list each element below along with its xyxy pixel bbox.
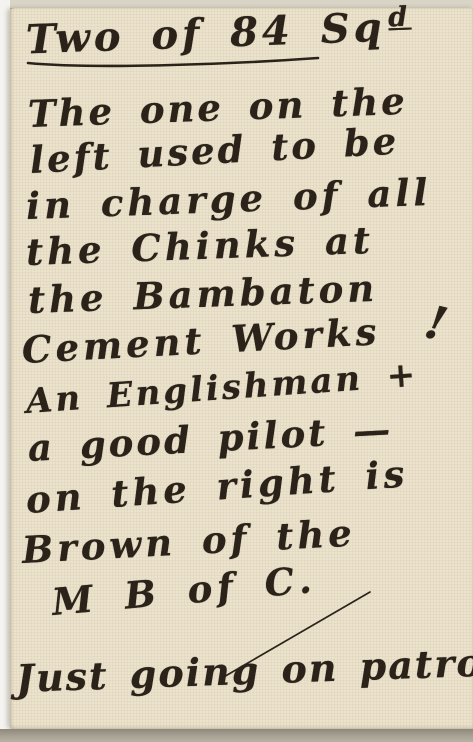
note-title-text: Two of 84 Sq: [25, 4, 386, 64]
scan-bottom-edge: [0, 729, 473, 742]
exclamation-mark: !: [420, 294, 453, 351]
squadron-superscript: d: [388, 1, 412, 34]
handwriting-layer: Two of 84 Sqd The one on the left used t…: [0, 0, 473, 742]
scanned-note-photo: Two of 84 Sqd The one on the left used t…: [0, 0, 473, 742]
note-line: the Chinks at: [25, 218, 374, 274]
note-line: Just going on patrol: [15, 639, 473, 701]
note-title-line: Two of 84 Sqd: [25, 1, 412, 64]
